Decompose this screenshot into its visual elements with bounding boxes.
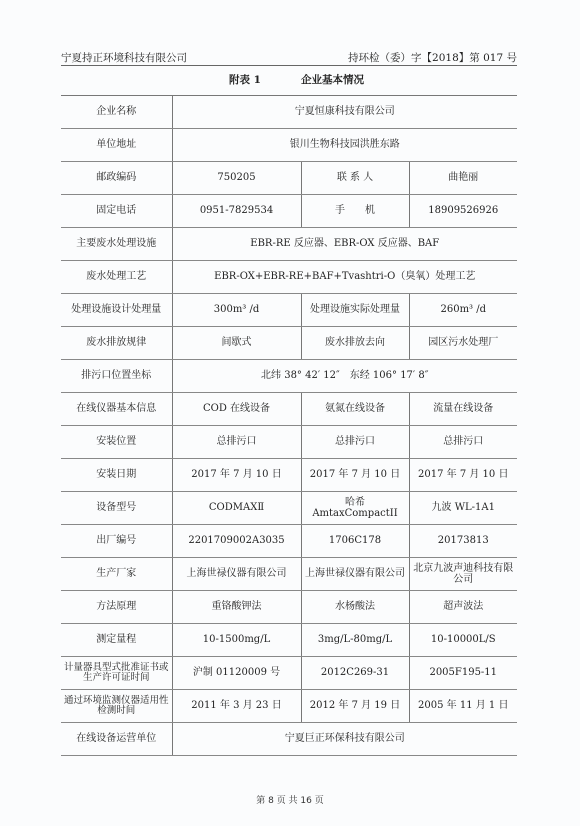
row-label: 生产厂家: [61, 558, 172, 591]
table-row: 安装日期 2017 年 7 月 10 日 2017 年 7 月 10 日 201…: [61, 459, 517, 492]
company-name-value: 宁夏恒康科技有限公司: [172, 96, 517, 129]
table-row: 废水排放规律 间歇式 废水排放去向 园区污水处理厂: [61, 327, 517, 360]
cell: 2017 年 7 月 10 日: [172, 459, 301, 492]
row-label: 固定电话: [61, 195, 172, 228]
appendix-label: 附表 1: [61, 65, 301, 96]
cell: 总排污口: [301, 426, 409, 459]
header-company: 宁夏持正环境科技有限公司: [61, 50, 187, 65]
cell: 总排污口: [409, 426, 517, 459]
table-row: 设备型号 CODMAXⅡ 哈希 AmtaxCompactII 九波 WL-1A1: [61, 492, 517, 525]
row-label: 处理设施设计处理量: [61, 294, 172, 327]
cell: 九波 WL-1A1: [409, 492, 517, 525]
contact-label: 联 系 人: [301, 162, 409, 195]
row-label: 安装位置: [61, 426, 172, 459]
actual-capacity-value: 260m³ /d: [409, 294, 517, 327]
table-row: 排污口位置坐标 北纬 38° 42′ 12″ 东经 106° 17′ 8″: [61, 360, 517, 393]
enterprise-info-table: 附表 1 企业基本情况 企业名称 宁夏恒康科技有限公司 单位地址 银川生物科技园…: [61, 65, 517, 756]
row-label: 企业名称: [61, 96, 172, 129]
row-label: 通过环境监测仪器适用性检测时间: [61, 690, 172, 723]
row-label: 废水处理工艺: [61, 261, 172, 294]
table-caption: 企业基本情况: [301, 65, 517, 96]
contact-value: 曲艳丽: [409, 162, 517, 195]
header-doc-number: 持环检（委）字【2018】第 017 号: [348, 50, 517, 65]
process-value: EBR-OX+EBR-RE+BAF+Tvashtri-O（臭氧）处理工艺: [172, 261, 517, 294]
row-label: 废水排放规律: [61, 327, 172, 360]
cell: 上海世禄仪器有限公司: [301, 558, 409, 591]
row-label: 排污口位置坐标: [61, 360, 172, 393]
row-label: 邮政编码: [61, 162, 172, 195]
table-row: 处理设施设计处理量 300m³ /d 处理设施实际处理量 260m³ /d: [61, 294, 517, 327]
ammonia-device-header: 氨氮在线设备: [301, 393, 409, 426]
facilities-value: EBR-RE 反应器、EBR-OX 反应器、BAF: [172, 228, 517, 261]
cell: 沪制 01120009 号: [172, 657, 301, 690]
design-capacity-value: 300m³ /d: [172, 294, 301, 327]
phone-value: 0951-7829534: [172, 195, 301, 228]
table-row: 出厂编号 2201709002A3035 1706C178 20173813: [61, 525, 517, 558]
cell: 2012 年 7 月 19 日: [301, 690, 409, 723]
cell: 10-10000L/S: [409, 624, 517, 657]
table-row: 生产厂家 上海世禄仪器有限公司 上海世禄仪器有限公司 北京九波声迪科技有限公司: [61, 558, 517, 591]
cell: 2201709002A3035: [172, 525, 301, 558]
row-label: 单位地址: [61, 129, 172, 162]
table-row: 通过环境监测仪器适用性检测时间 2011 年 3 月 23 日 2012 年 7…: [61, 690, 517, 723]
table-row: 主要废水处理设施 EBR-RE 反应器、EBR-OX 反应器、BAF: [61, 228, 517, 261]
mobile-label: 手 机: [301, 195, 409, 228]
cell: 2017 年 7 月 10 日: [409, 459, 517, 492]
cell: 1706C178: [301, 525, 409, 558]
cod-device-header: COD 在线设备: [172, 393, 301, 426]
instruments-header-row: 在线仪器基本信息 COD 在线设备 氨氮在线设备 流量在线设备: [61, 393, 517, 426]
discharge-pattern-value: 间歇式: [172, 327, 301, 360]
row-label: 方法原理: [61, 591, 172, 624]
table-row: 测定量程 10-1500mg/L 3mg/L-80mg/L 10-10000L/…: [61, 624, 517, 657]
cell: 总排污口: [172, 426, 301, 459]
row-label: 在线仪器基本信息: [61, 393, 172, 426]
table-row: 邮政编码 750205 联 系 人 曲艳丽: [61, 162, 517, 195]
address-value: 银川生物科技园洪胜东路: [172, 129, 517, 162]
mobile-value: 18909526926: [409, 195, 517, 228]
cell: 上海世禄仪器有限公司: [172, 558, 301, 591]
flow-device-header: 流量在线设备: [409, 393, 517, 426]
postal-value: 750205: [172, 162, 301, 195]
cell: 2011 年 3 月 23 日: [172, 690, 301, 723]
actual-capacity-label: 处理设施实际处理量: [301, 294, 409, 327]
cell: 20173813: [409, 525, 517, 558]
cell: 3mg/L-80mg/L: [301, 624, 409, 657]
table-title-row: 附表 1 企业基本情况: [61, 65, 517, 96]
row-label: 安装日期: [61, 459, 172, 492]
cell: 超声波法: [409, 591, 517, 624]
cell: 北京九波声迪科技有限公司: [409, 558, 517, 591]
operator-value: 宁夏巨正环保科技有限公司: [172, 723, 517, 756]
cell: 2017 年 7 月 10 日: [301, 459, 409, 492]
row-label: 计量器具型式批准证书或生产许可证时间: [61, 657, 172, 690]
row-label: 设备型号: [61, 492, 172, 525]
table-row: 在线设备运营单位 宁夏巨正环保科技有限公司: [61, 723, 517, 756]
table-row: 企业名称 宁夏恒康科技有限公司: [61, 96, 517, 129]
cell: 2005 年 11 月 1 日: [409, 690, 517, 723]
table-row: 方法原理 重铬酸钾法 水杨酸法 超声波法: [61, 591, 517, 624]
page-header: 宁夏持正环境科技有限公司 持环检（委）字【2018】第 017 号: [61, 48, 517, 66]
table-row: 计量器具型式批准证书或生产许可证时间 沪制 01120009 号 2012C26…: [61, 657, 517, 690]
outlet-coords-value: 北纬 38° 42′ 12″ 东经 106° 17′ 8″: [172, 360, 517, 393]
table-row: 固定电话 0951-7829534 手 机 18909526926: [61, 195, 517, 228]
cell: 2012C269-31: [301, 657, 409, 690]
table-row: 废水处理工艺 EBR-OX+EBR-RE+BAF+Tvashtri-O（臭氧）处…: [61, 261, 517, 294]
row-label: 出厂编号: [61, 525, 172, 558]
table-row: 安装位置 总排污口 总排污口 总排污口: [61, 426, 517, 459]
row-label: 在线设备运营单位: [61, 723, 172, 756]
table-row: 单位地址 银川生物科技园洪胜东路: [61, 129, 517, 162]
row-label: 主要废水处理设施: [61, 228, 172, 261]
discharge-destination-value: 园区污水处理厂: [409, 327, 517, 360]
cell: 10-1500mg/L: [172, 624, 301, 657]
page-number: 第 8 页 共 16 页: [0, 793, 580, 806]
cell: 重铬酸钾法: [172, 591, 301, 624]
cell: 水杨酸法: [301, 591, 409, 624]
row-label: 测定量程: [61, 624, 172, 657]
cell: 哈希 AmtaxCompactII: [301, 492, 409, 525]
cell: 2005F195-11: [409, 657, 517, 690]
cell: CODMAXⅡ: [172, 492, 301, 525]
discharge-destination-label: 废水排放去向: [301, 327, 409, 360]
